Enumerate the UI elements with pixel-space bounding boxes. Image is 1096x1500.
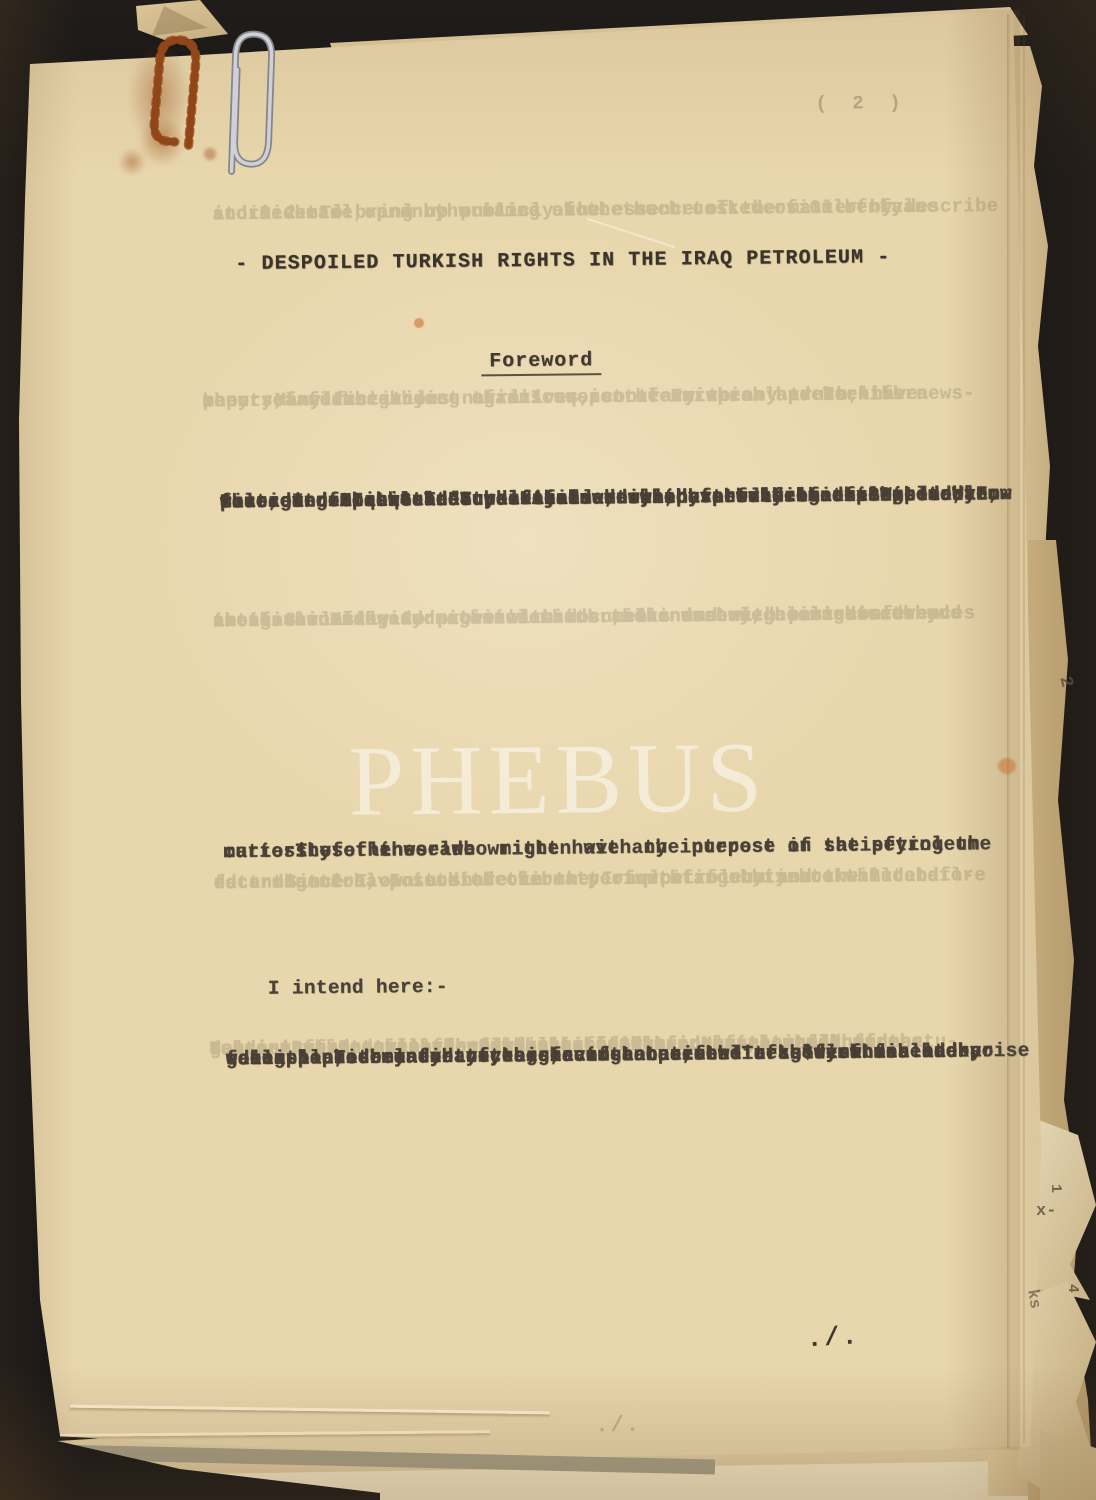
end-mark-faint: ./. [595,1413,641,1438]
text-line: and Ricket. [212,192,341,236]
text-line: pire, and Arab States were formed on the… [219,474,868,523]
intend-text: I intend here:- [268,976,448,1000]
scanned-document-photo: 2- To bring up publicly the essence of t… [0,0,1096,1500]
rusty-paperclip [138,29,218,157]
text-line: sheet of flame. [202,379,378,422]
text-line: education, they did not agree to coopera… [225,1032,922,1081]
watermark-phebus: PHEBUS [348,719,769,838]
edge-fragment: 1 [1047,1184,1064,1194]
edge-fragment: 4 [1064,1284,1081,1293]
text-line: national union and magnitude... [213,597,576,641]
document-title: - DESPOILED TURKISH RIGHTS IN THE IRAQ P… [235,246,890,276]
silver-paperclip [215,21,284,181]
text-line: determination, I took the liberty of wri… [213,853,986,905]
page-content: 2- To bring up publicly the essence of t… [0,0,1096,1500]
edge-fragment: ks [1023,1288,1044,1310]
page-number: ( 2 ) [815,92,907,115]
section-heading-foreword: Foreword [481,349,601,376]
edge-fragment: x- [1036,1202,1056,1221]
end-mark: ./. [806,1321,861,1354]
